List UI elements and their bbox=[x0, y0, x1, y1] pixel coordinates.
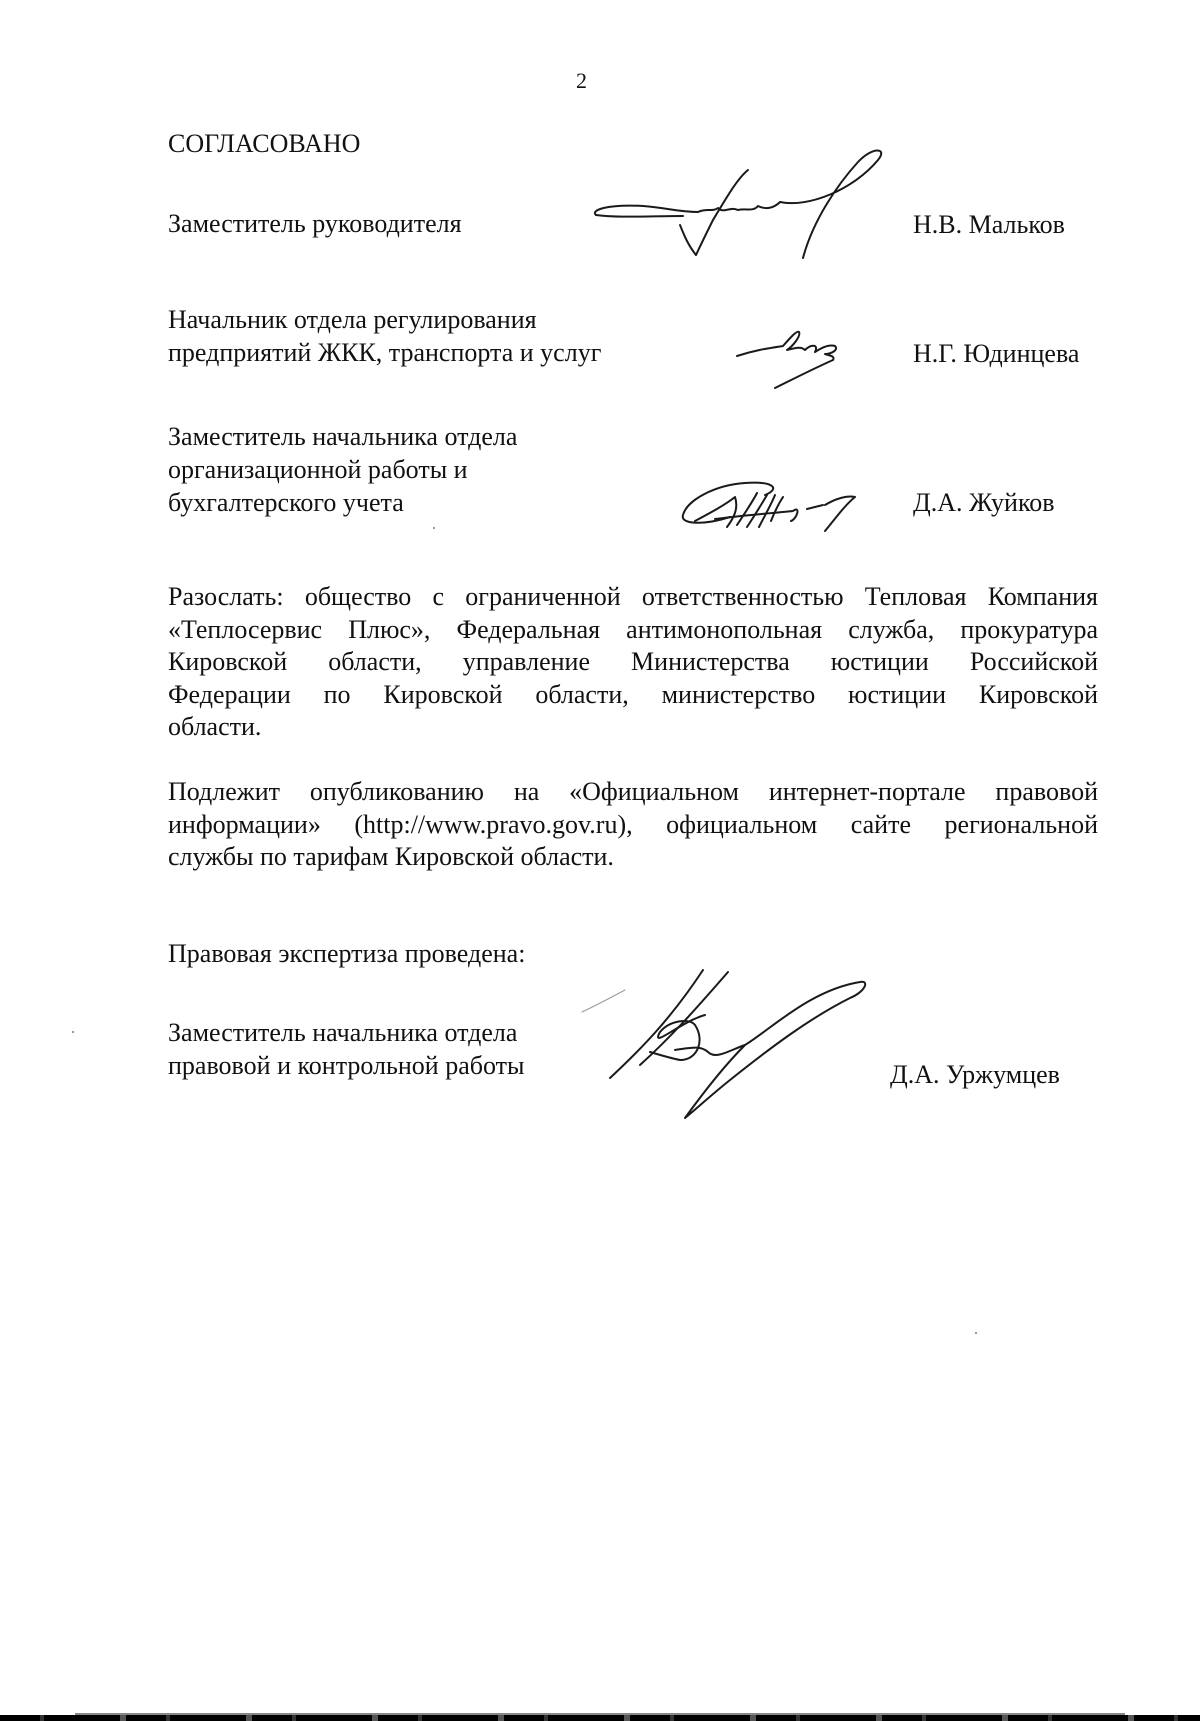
approver-name-yudintseva: Н.Г. Юдинцева bbox=[913, 337, 1079, 370]
signature-malkov-icon bbox=[588, 150, 888, 265]
role-line: Заместитель руководителя bbox=[168, 207, 462, 240]
paragraph-line: Кировской области, управление Министерст… bbox=[168, 646, 1098, 679]
approval-heading: СОГЛАСОВАНО bbox=[168, 127, 360, 160]
paragraph-line: «Теплосервис Плюс», Федеральная антимоно… bbox=[168, 614, 1098, 647]
approver-role-deputy-head: Заместитель руководителя bbox=[168, 207, 462, 240]
distribution-paragraph: Разослать: общество с ограниченной ответ… bbox=[168, 581, 1098, 744]
approver-role-housing-dept-head: Начальник отдела регулирования предприят… bbox=[168, 303, 601, 369]
legal-review-title: Правовая экспертиза проведена: bbox=[168, 937, 525, 970]
page-number: 2 bbox=[576, 64, 587, 97]
approver-name-malkov: Н.В. Мальков bbox=[913, 208, 1065, 241]
role-line: Заместитель начальника отдела bbox=[168, 420, 517, 453]
signature-urzhumtsev-icon bbox=[580, 960, 880, 1130]
paragraph-line: области. bbox=[168, 711, 1098, 744]
approver-role-accounting-deputy: Заместитель начальника отдела организаци… bbox=[168, 420, 517, 519]
role-line: правовой и контрольной работы bbox=[168, 1049, 524, 1082]
paragraph-line: Подлежит опубликованию на «Официальном и… bbox=[168, 776, 1098, 809]
paragraph-line: информации» (http://www.pravo.gov.ru), о… bbox=[168, 809, 1098, 842]
publication-paragraph: Подлежит опубликованию на «Официальном и… bbox=[168, 776, 1098, 874]
role-line: предприятий ЖКК, транспорта и услуг bbox=[168, 336, 601, 369]
scan-speck bbox=[433, 527, 435, 529]
scan-speck bbox=[72, 1031, 74, 1033]
paragraph-line: Федерации по Кировской области, министер… bbox=[168, 679, 1098, 712]
role-line: Начальник отдела регулирования bbox=[168, 303, 601, 336]
scan-speck bbox=[975, 1332, 977, 1334]
role-line: организационной работы и bbox=[168, 453, 517, 486]
role-line: бухгалтерского учета bbox=[168, 486, 517, 519]
paragraph-line: Разослать: общество с ограниченной ответ… bbox=[168, 581, 1098, 614]
legal-review-role: Заместитель начальника отдела правовой и… bbox=[168, 1016, 524, 1082]
reviewer-name-urzhumtsev: Д.А. Уржумцев bbox=[890, 1058, 1060, 1091]
signature-zhuikov-icon bbox=[675, 475, 865, 535]
role-line: Заместитель начальника отдела bbox=[168, 1016, 524, 1049]
signature-yudintseva-icon bbox=[735, 328, 845, 390]
paragraph-line: службы по тарифам Кировской области. bbox=[168, 841, 1098, 874]
approver-name-zhuikov: Д.А. Жуйков bbox=[913, 486, 1055, 519]
scan-edge-strip bbox=[0, 1715, 1200, 1721]
